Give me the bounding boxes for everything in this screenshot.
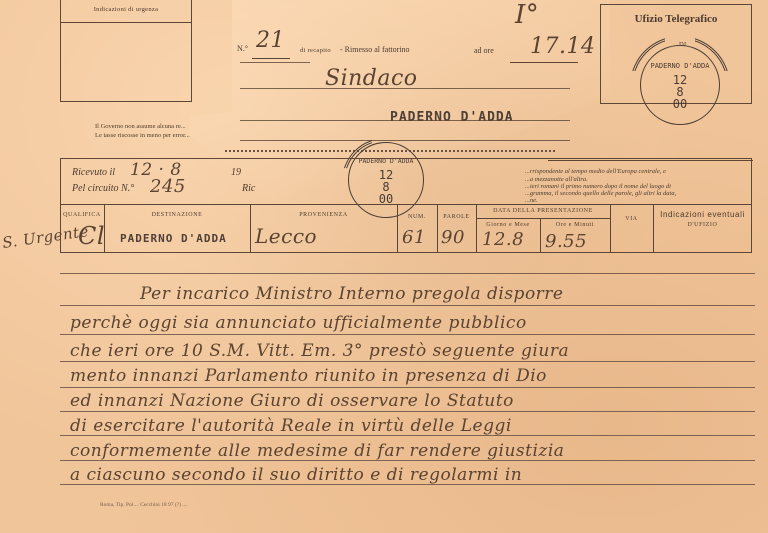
value-ore-minuti: 9.55 bbox=[545, 231, 587, 252]
ruled-line bbox=[60, 273, 755, 274]
ore-label: ad ore bbox=[474, 46, 494, 55]
number-label: N.° bbox=[237, 44, 248, 53]
postmark-year: 00 bbox=[673, 98, 687, 110]
header-parole: PAROLE bbox=[437, 214, 476, 220]
value-num: 61 bbox=[402, 227, 426, 248]
urgency-box: Indicazioni di urgenza bbox=[60, 0, 192, 102]
disclaimer-line-1: Il Governo non assume alcuna re... bbox=[95, 123, 186, 130]
rimesso-label: - Rimesso al fattorino bbox=[340, 45, 410, 54]
destination-stamp: PADERNO D'ADDA bbox=[390, 110, 514, 125]
ruled-line bbox=[60, 411, 755, 412]
number-value: 21 bbox=[256, 28, 285, 53]
header-giorno-mese: Giorno e Mese bbox=[476, 222, 540, 228]
header-ore-minuti: Ore e Minuti bbox=[540, 222, 610, 228]
message-line-5: ed innanzi Nazione Giuro di osservare lo… bbox=[70, 391, 750, 411]
header-via: VIA bbox=[610, 216, 653, 222]
note-line-5: ...ne. bbox=[525, 197, 538, 204]
value-destinazione: PADERNO D'ADDA bbox=[120, 232, 227, 245]
message-line-2: perchè oggi sia annunciato ufficialmente… bbox=[70, 313, 750, 333]
value-parole: 90 bbox=[441, 227, 465, 248]
message-line-4: mento innanzi Parlamento riunito in pres… bbox=[70, 366, 750, 386]
message-line-8: a ciascuno secondo il suo diritto e di r… bbox=[70, 465, 750, 485]
message-line-1: Per incarico Ministro Interno pregola di… bbox=[140, 284, 768, 304]
postmark-town: PADERNO D'ADDA bbox=[650, 60, 709, 72]
ric-label: Ric bbox=[242, 183, 255, 194]
urgency-box-label: Indicazioni di urgenza bbox=[61, 6, 191, 13]
value-provenienza: Lecco bbox=[255, 224, 317, 248]
ruled-line bbox=[60, 361, 755, 362]
header-data-presentazione: DATA DELLA PRESENTAZIONE bbox=[476, 208, 610, 214]
printer-imprint: Roma, Tip. Pol.... Cecchini 18 97 (?) ..… bbox=[100, 502, 188, 508]
circuito-value: 245 bbox=[150, 176, 186, 197]
header-destinazione: DESTINAZIONE bbox=[104, 212, 250, 218]
ore-value: 17.14 bbox=[530, 34, 595, 59]
ruled-line bbox=[60, 387, 755, 388]
ruled-line bbox=[60, 334, 755, 335]
disclaimer-line-2: Le tasse riscosse in meno per error... bbox=[95, 132, 190, 139]
office-box-title: Ufizio Telegrafico bbox=[601, 13, 751, 25]
postmark-office: PADERNO D'ADDA 12 8 00 bbox=[640, 45, 720, 125]
recapito-label: di recapito bbox=[300, 47, 331, 54]
ricevuto-label: Ricevuto il bbox=[72, 167, 115, 178]
note-line-3: ...ieri romani il primo numero dopo il n… bbox=[525, 183, 671, 190]
header-ufizio: D'UFIZIO bbox=[653, 222, 752, 228]
note-line-1: ...rrispondente al tempo medio dell'Euro… bbox=[525, 168, 666, 175]
ruled-line bbox=[60, 305, 755, 306]
note-line-4: ...gramma, il secondo quello delle parol… bbox=[525, 190, 676, 197]
value-giorno-mese: 12.8 bbox=[482, 229, 524, 250]
header-provenienza: PROVENIENZA bbox=[250, 212, 397, 218]
message-line-6: di esercitare l'autorità Reale in virtù … bbox=[70, 416, 750, 436]
header-qualifica: QUALIFICA bbox=[60, 212, 104, 218]
header-indicazioni: Indicazioni eventuali bbox=[653, 210, 752, 219]
year-prefix: 19 bbox=[231, 167, 241, 178]
note-line-2: ...a mezzanotte all'altra. bbox=[525, 176, 588, 183]
message-line-3: che ieri ore 10 S.M. Vitt. Em. 3° prestò… bbox=[70, 341, 750, 361]
circuito-label: Pel circuito N.° bbox=[72, 183, 134, 194]
header-num: NUM. bbox=[397, 214, 437, 220]
copy-mark: I° bbox=[515, 0, 539, 30]
message-line-7: conformemente alle medesime di far rende… bbox=[70, 441, 750, 461]
